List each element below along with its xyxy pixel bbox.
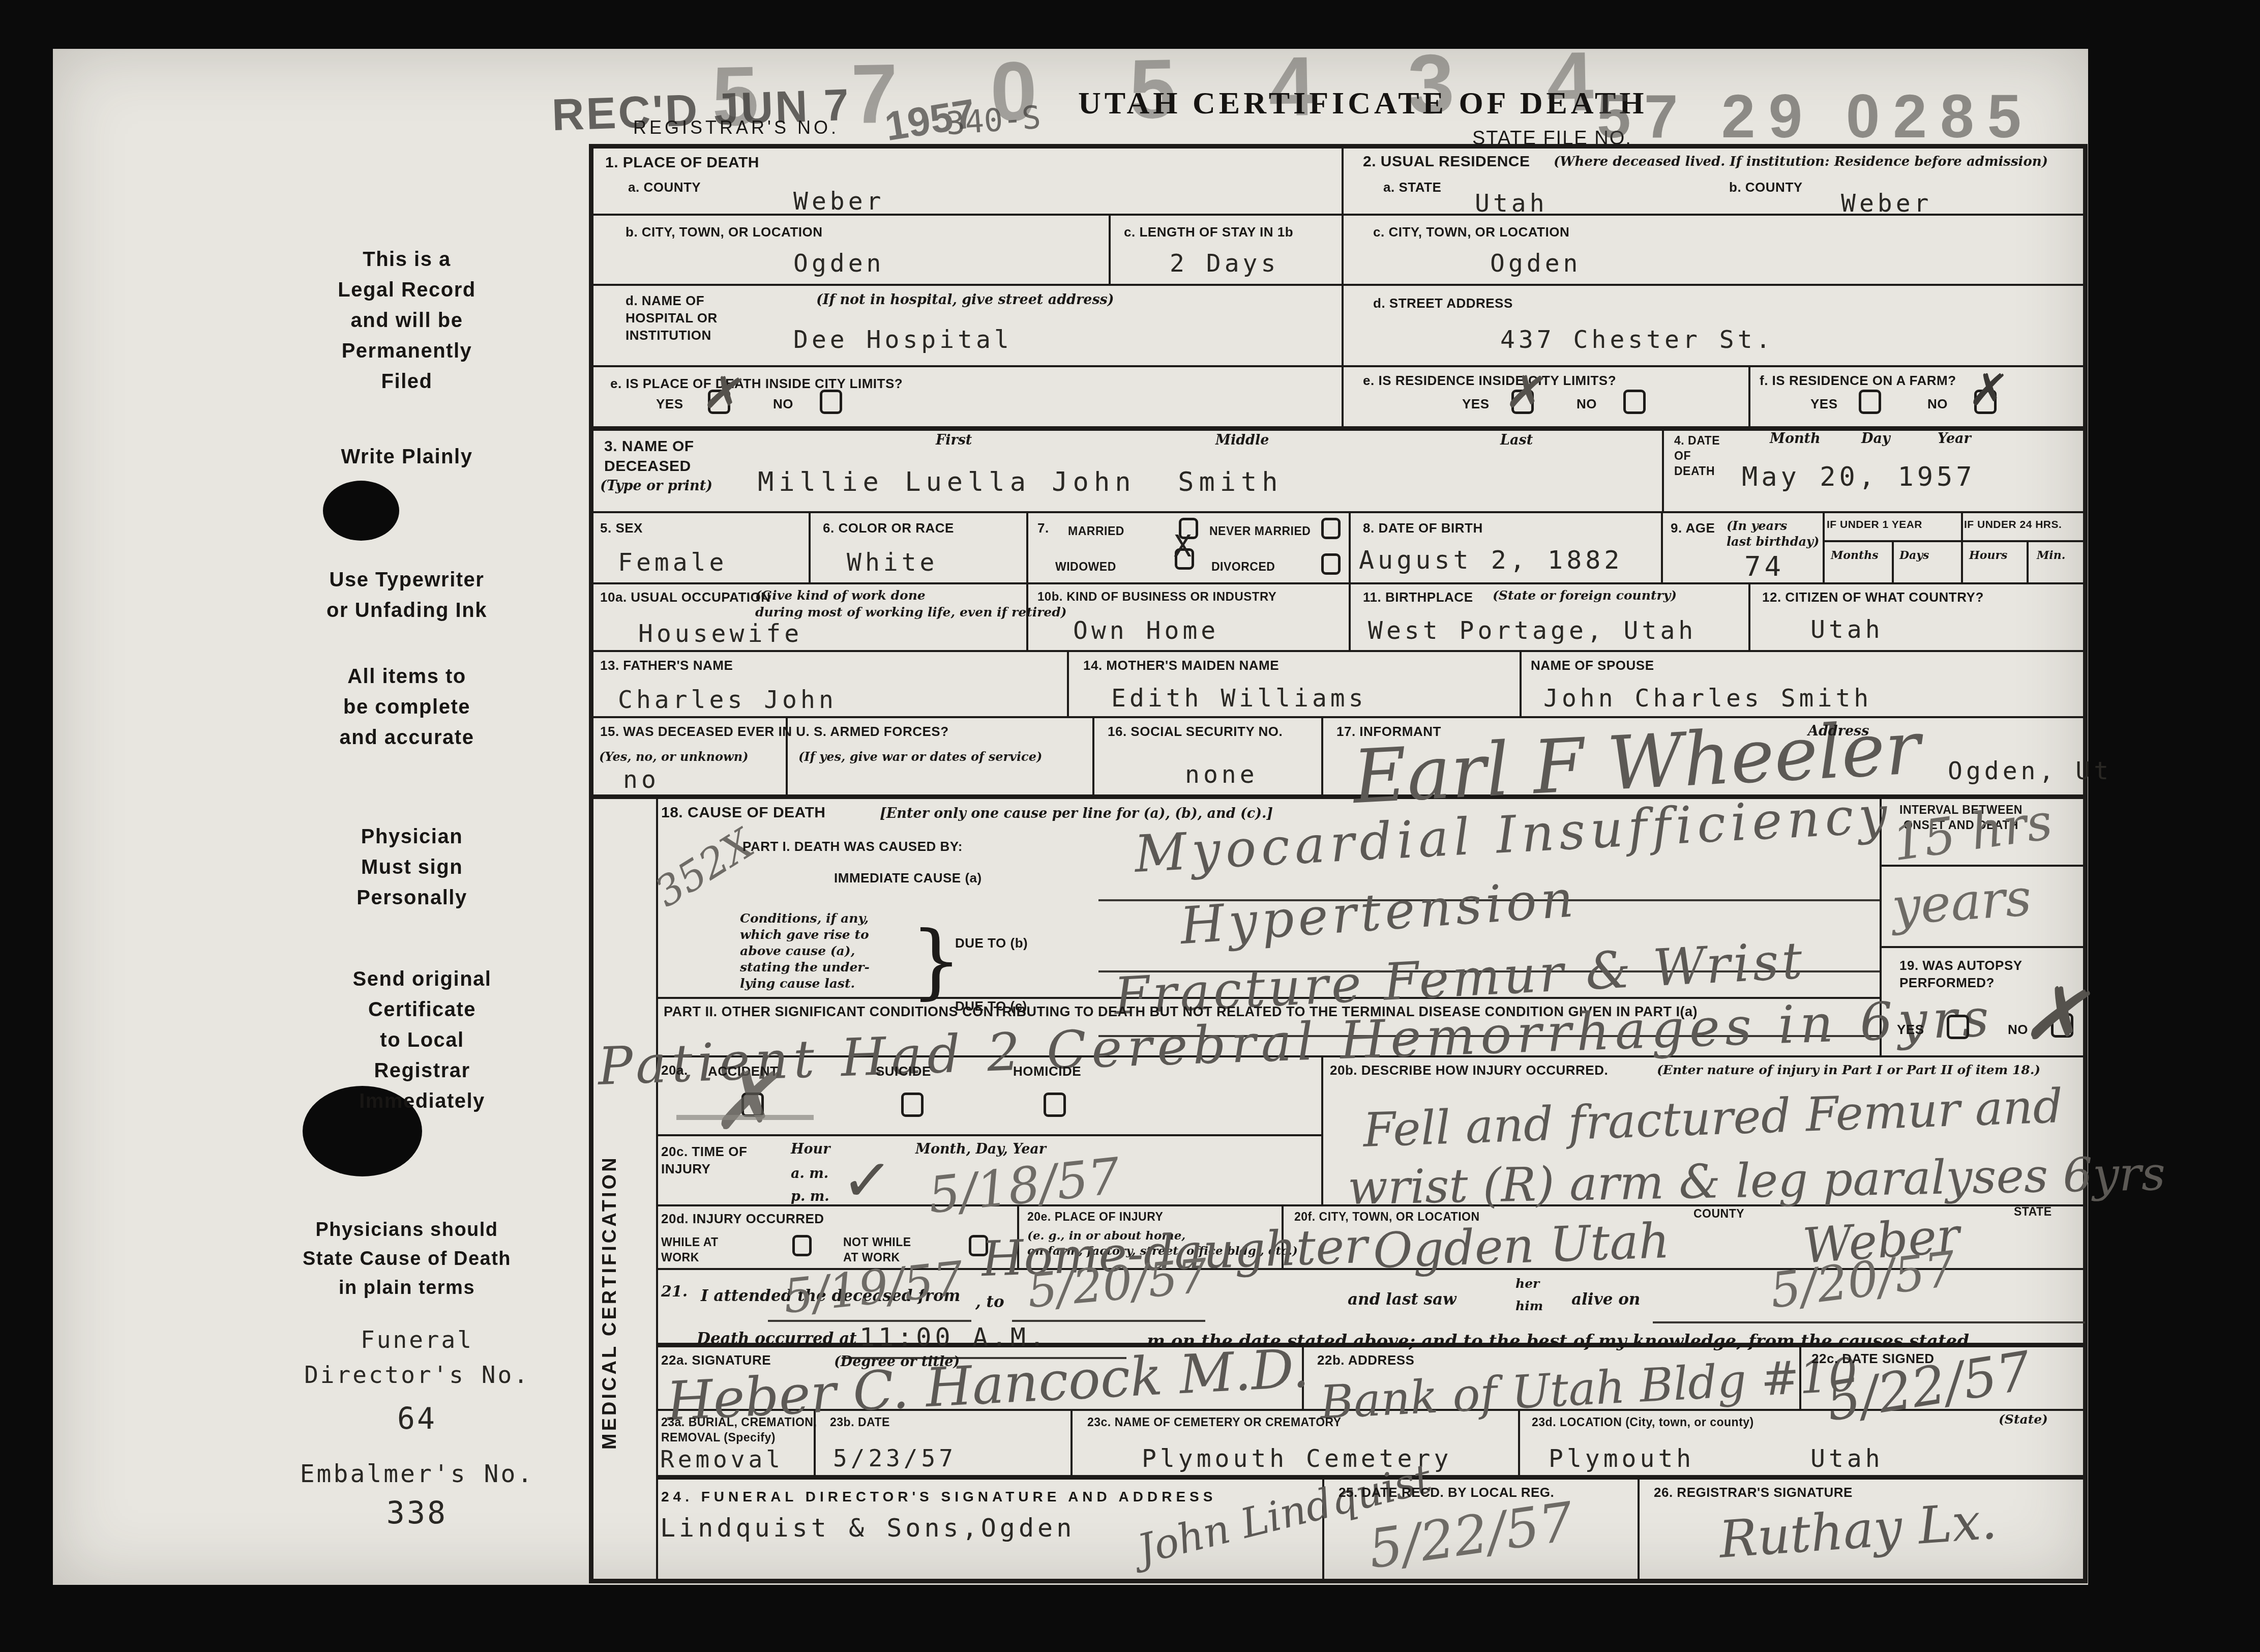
field-2f-yes-label: YES xyxy=(1810,396,1838,413)
x-mark-7-widowed: X xyxy=(1174,529,1195,564)
field-1c-length-label: c. LENGTH OF STAY IN 1b xyxy=(1124,224,1293,241)
field-spouse-label: NAME OF SPOUSE xyxy=(1531,657,1654,674)
field-3-name-value: Millie Luella John Smith xyxy=(758,467,1283,497)
field-15-note2: (If yes, give war or dates of service) xyxy=(798,749,1042,764)
field-24-value: Lindquist & Sons,Ogden xyxy=(660,1513,1075,1543)
field-2-label: 2. USUAL RESIDENCE xyxy=(1363,152,1530,171)
field-1c-length-value: 2 Days xyxy=(1170,249,1279,278)
field-2a-state-label: a. STATE xyxy=(1383,179,1441,196)
field-4-date-value: May 20, 1957 xyxy=(1742,462,1976,492)
field-23d-state-value: Utah xyxy=(1810,1444,1884,1473)
field-4-month-label: Month xyxy=(1770,430,1821,448)
field-19-autopsy-label: 19. WAS AUTOPSY PERFORMED? xyxy=(1899,957,2023,992)
registrars-no-value: 340-S xyxy=(945,99,1042,142)
field-4-date-label: 4. DATE OF DEATH xyxy=(1674,433,1720,479)
funeral-directors-no-value: 64 xyxy=(275,1401,559,1436)
field-9-age-value: 74 xyxy=(1744,550,1785,582)
field-10a-occupation-label: 10a. USUAL OCCUPATION xyxy=(600,589,771,606)
grid-line xyxy=(1892,540,1894,582)
checkbox-2f-yes xyxy=(1859,390,1881,414)
field-20f-state-label: STATE xyxy=(2014,1204,2051,1220)
field-7-widowed-label: WIDOWED xyxy=(1055,559,1116,575)
field-1e-yes-label: YES xyxy=(656,396,683,413)
field-20a-homicide-label: HOMICIDE xyxy=(1013,1063,1081,1080)
margin-note-legal-record: This is a Legal Record and will be Perma… xyxy=(264,244,549,397)
field-18-immediate-label: IMMEDIATE CAUSE (a) xyxy=(834,870,982,887)
field-9-hours-label: Hours xyxy=(1969,548,2007,563)
x-mark-2e-yes: ✗ xyxy=(1502,366,1551,421)
field-2e-yes-label: YES xyxy=(1462,396,1490,413)
field-16-ssn-label: 16. SOCIAL SECURITY NO. xyxy=(1108,723,1283,741)
field-23d-label: 23d. LOCATION (City, town, or county) xyxy=(1532,1415,1754,1430)
injury-city-value: Ogden Utah xyxy=(1372,1213,1671,1279)
field-9-age-label: 9. AGE xyxy=(1671,520,1715,537)
field-20c-am-label: a. m. xyxy=(791,1165,828,1183)
death-time-value: 11:00 A.M. xyxy=(859,1322,1048,1352)
field-20a-label: 20a. xyxy=(661,1062,688,1079)
field-20c-mdy-label: Month, Day, Year xyxy=(915,1140,1046,1158)
conditions-brace: } xyxy=(910,913,962,1008)
field-24-label: 24. FUNERAL DIRECTOR'S SIGNATURE AND ADD… xyxy=(661,1488,1216,1506)
field-11-birthplace-note: (State or foreign country) xyxy=(1493,587,1677,604)
field-23d-state-label: (State) xyxy=(1999,1411,2048,1428)
field-21-to-label: , to xyxy=(975,1292,1004,1312)
registrars-no-label: REGISTRAR'S NO. xyxy=(633,116,839,140)
field-23d-value: Plymouth xyxy=(1549,1444,1694,1473)
field-2c-city-value: Ogden xyxy=(1490,249,1582,278)
field-2b-county-value: Weber xyxy=(1841,189,1932,218)
field-7-never-label: NEVER MARRIED xyxy=(1209,524,1311,539)
field-10b-business-label: 10b. KIND OF BUSINESS OR INDUSTRY xyxy=(1037,589,1276,605)
field-2e-limits-label: e. IS RESIDENCE INSIDE CITY LIMITS? xyxy=(1363,372,1616,390)
field-12-citizen-label: 12. CITIZEN OF WHAT COUNTRY? xyxy=(1762,589,1984,606)
field-14-mother-value: Edith Williams xyxy=(1111,684,1367,713)
field-20c-pm-label: p. m. xyxy=(791,1188,829,1205)
field-2d-street-value: 437 Chester St. xyxy=(1500,326,1774,354)
field-13-father-label: 13. FATHER'S NAME xyxy=(600,657,733,674)
field-2c-city-label: c. CITY, TOWN, OR LOCATION xyxy=(1373,224,1569,241)
field-9-days-label: Days xyxy=(1899,548,1929,563)
field-2e-no-label: NO xyxy=(1577,396,1597,413)
field-7-label: 7. xyxy=(1037,520,1049,537)
field-21-him-label: him xyxy=(1515,1298,1543,1315)
field-20d-label: 20d. INJURY OCCURRED xyxy=(661,1211,824,1228)
grid-line xyxy=(2027,540,2029,582)
field-23b-label2: 23b. DATE xyxy=(830,1415,890,1430)
attended-to-line xyxy=(1012,1320,1205,1322)
field-20b-label: 20b. DESCRIBE HOW INJURY OCCURRED. xyxy=(1330,1062,1608,1079)
field-12-citizen-value: Utah xyxy=(1810,615,1884,644)
field-20a-suicide-label: SUICIDE xyxy=(876,1063,931,1080)
margin-note-write-plainly: Write Plainly xyxy=(264,441,549,472)
field-1e-limits-label: e. IS PLACE OF DEATH INSIDE CITY LIMITS? xyxy=(610,375,903,393)
check-mark-20c-pm: ✓ xyxy=(840,1149,895,1214)
funeral-directors-no-label: Funeral Director's No. xyxy=(275,1322,559,1393)
field-18-due-b-label: DUE TO (b) xyxy=(955,935,1028,952)
field-1d-hospital-value: Dee Hospital xyxy=(793,326,1013,354)
field-8-birth-value: August 2, 1882 xyxy=(1359,545,1623,575)
field-1d-hospital-label: d. NAME OF HOSPITAL OR INSTITUTION xyxy=(626,292,718,344)
field-18-conditions-note: Conditions, if any, which gave rise to a… xyxy=(740,910,870,992)
field-22b-label: 22b. ADDRESS xyxy=(1317,1352,1414,1369)
checkbox-19-yes xyxy=(1947,1015,1969,1039)
field-23a-value: Removal xyxy=(660,1445,784,1473)
field-20c-hour-label: Hour xyxy=(791,1140,830,1158)
field-5-sex-label: 5. SEX xyxy=(600,520,643,537)
field-16-ssn-value: none xyxy=(1185,760,1258,789)
field-26-label: 26. REGISTRAR'S SIGNATURE xyxy=(1654,1484,1853,1501)
grid-line xyxy=(1823,540,2088,542)
margin-note-physician-sign: Physician Must sign Personally xyxy=(275,821,549,913)
field-8-birth-label: 8. DATE OF BIRTH xyxy=(1363,520,1483,537)
x-mark-20a-accident: ✗ xyxy=(709,1054,793,1150)
field-4-year-label: Year xyxy=(1938,430,1971,448)
certificate-title: UTAH CERTIFICATE OF DEATH xyxy=(1078,85,1648,122)
field-3-name-label: 3. NAME OF DECEASED xyxy=(604,436,694,476)
field-17-address-label: Address xyxy=(1808,722,1869,740)
checkbox-2e-no xyxy=(1623,390,1646,414)
field-21-text3: alive on xyxy=(1571,1289,1640,1310)
field-6-race-label: 6. COLOR OR RACE xyxy=(823,520,954,537)
field-spouse-value: John Charles Smith xyxy=(1543,684,1872,713)
punch-hole-top xyxy=(323,481,399,541)
field-1b-city-label: b. CITY, TOWN, OR LOCATION xyxy=(626,224,823,241)
field-18-part1-label: PART I. DEATH WAS CAUSED BY: xyxy=(742,838,963,855)
field-2f-no-label: NO xyxy=(1927,396,1948,413)
field-1-label: 1. PLACE OF DEATH xyxy=(605,153,759,172)
field-9-months-label: Months xyxy=(1831,548,1879,563)
field-2b-county-label: b. COUNTY xyxy=(1729,179,1803,196)
field-17-address-value: Ogden, Ut xyxy=(1948,757,2112,785)
field-20b-note: (Enter nature of injury in Part I or Par… xyxy=(1657,1062,2040,1079)
accident-pencil-strike xyxy=(676,1115,814,1120)
checkbox-20a-suicide xyxy=(901,1093,924,1117)
field-19-yes-label: YES xyxy=(1897,1021,1924,1039)
field-20d-while-label: WHILE AT WORK xyxy=(661,1235,719,1265)
field-1b-city-value: Ogden xyxy=(793,249,885,278)
embalmers-no-value: 338 xyxy=(275,1495,559,1531)
field-3-first-label: First xyxy=(936,431,972,449)
field-9-under24-label: IF UNDER 24 HRS. xyxy=(1964,518,2062,532)
field-2a-state-value: Utah xyxy=(1475,189,1548,218)
field-1e-no-label: NO xyxy=(773,396,793,413)
field-23c-label: 23c. NAME OF CEMETERY OR CREMATORY xyxy=(1087,1415,1342,1430)
field-9-min-label: Min. xyxy=(2037,548,2065,563)
x-mark-2f-no: ✗ xyxy=(1967,365,2010,416)
field-20f-county-label: COUNTY xyxy=(1693,1206,1744,1222)
margin-note-plain-terms: Physicians should State Cause of Death i… xyxy=(234,1216,580,1303)
field-10a-occupation-value: Housewife xyxy=(638,619,802,648)
checkbox-7-divorced xyxy=(1321,553,1341,575)
field-6-race-value: White xyxy=(847,548,938,577)
field-20c-label: 20c. TIME OF INJURY xyxy=(661,1143,747,1178)
field-10a-occupation-note: (Give kind of work done during most of w… xyxy=(755,587,1067,621)
state-file-no-value: 57 29 0285 xyxy=(1597,81,2035,152)
field-21-label: 21. xyxy=(661,1282,688,1302)
field-7-divorced-label: DIVORCED xyxy=(1211,559,1275,575)
field-1a-county-label: a. COUNTY xyxy=(628,179,701,196)
field-1d-hospital-note: (If not in hospital, give street address… xyxy=(816,291,1114,309)
alive-on-line xyxy=(1653,1321,2085,1323)
field-15-forces-label: 15. WAS DECEASED EVER IN U. S. ARMED FOR… xyxy=(600,723,949,741)
field-2d-street-label: d. STREET ADDRESS xyxy=(1373,295,1513,312)
field-3-middle-label: Middle xyxy=(1215,431,1269,449)
checkbox-7-never-married xyxy=(1321,518,1341,539)
field-3-last-label: Last xyxy=(1500,431,1533,449)
checkbox-20d-while xyxy=(792,1235,812,1256)
field-23b-value: 5/23/57 xyxy=(833,1444,957,1472)
margin-note-all-items: All items to be complete and accurate xyxy=(264,661,549,753)
field-4-day-label: Day xyxy=(1861,430,1890,448)
field-2f-farm-label: f. IS RESIDENCE ON A FARM? xyxy=(1760,372,1956,390)
field-23a-label: 23a. BURIAL, CREMATION, REMOVAL (Specify… xyxy=(661,1415,817,1445)
interval-b-value: years xyxy=(1890,868,2033,937)
field-15-forces-value: no xyxy=(623,765,660,794)
field-14-mother-label: 14. MOTHER'S MAIDEN NAME xyxy=(1083,657,1279,674)
field-5-sex-value: Female xyxy=(618,548,727,577)
field-3-name-note: (Type or print) xyxy=(600,477,712,495)
field-7-married-label: MARRIED xyxy=(1068,524,1124,539)
field-11-birthplace-value: West Portage, Utah xyxy=(1368,616,1697,645)
field-15-note1: (Yes, no, or unknown) xyxy=(599,749,749,764)
field-21-text4: Death occurred at xyxy=(697,1329,857,1349)
field-9-under1yr-label: IF UNDER 1 YEAR xyxy=(1827,518,1922,532)
embalmers-no-label: Embalmer's No. xyxy=(254,1460,580,1488)
margin-note-send-original: Send original Certificate to Local Regis… xyxy=(285,964,559,1116)
field-9-age-note: (In years last birthday) xyxy=(1727,518,1819,549)
margin-note-use-typewriter: Use Typewriter or Unfading Ink xyxy=(254,565,559,626)
field-10b-business-value: Own Home xyxy=(1073,616,1219,645)
field-20e-label: 20e. PLACE OF INJURY xyxy=(1027,1209,1163,1225)
field-21-her-label: her xyxy=(1515,1276,1539,1292)
field-13-father-value: Charles John xyxy=(618,686,837,714)
field-1a-county-value: Weber xyxy=(793,187,885,216)
field-21-text2: and last saw xyxy=(1348,1289,1456,1310)
field-11-birthplace-label: 11. BIRTHPLACE xyxy=(1363,589,1473,606)
checkbox-20a-homicide xyxy=(1044,1093,1066,1117)
checkbox-1e-no xyxy=(820,390,842,414)
field-2-note: (Where deceased lived. If institution: R… xyxy=(1554,154,2083,171)
field-18-cause-label: 18. CAUSE OF DEATH xyxy=(661,803,826,822)
